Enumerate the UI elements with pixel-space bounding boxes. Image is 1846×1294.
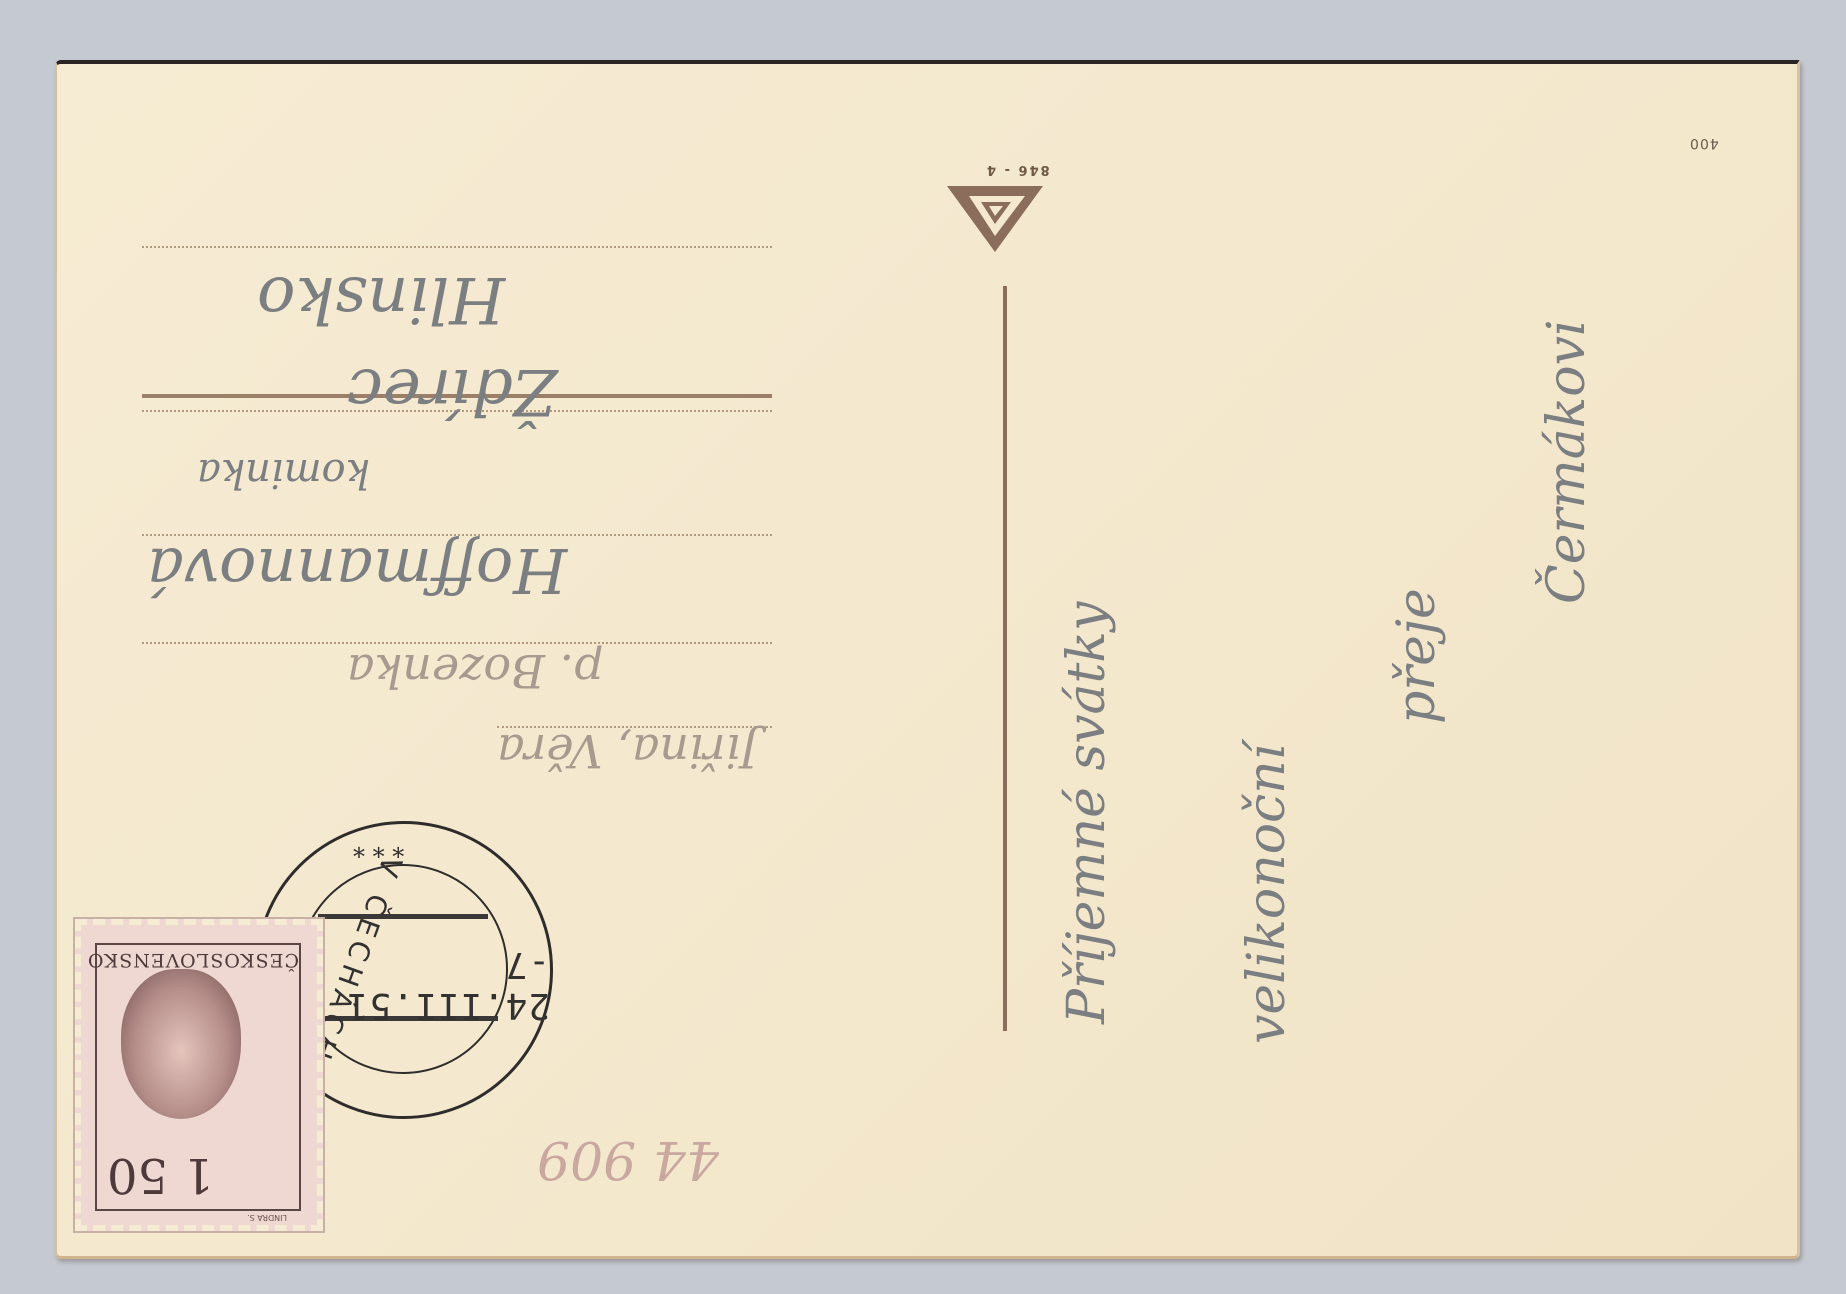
pencil-note: 44 909 <box>537 1129 719 1189</box>
stamp-printer: LINDRA S. <box>247 1213 287 1222</box>
triangle-monogram-icon <box>945 184 1045 254</box>
address-place: Ždírec <box>347 354 557 428</box>
postmark-bar <box>318 914 488 919</box>
address-addressee: p. Bozenka <box>347 644 604 698</box>
message-line-1: Příjemné svátky <box>1057 602 1117 1024</box>
message-signature: Čermákovi <box>1537 319 1597 604</box>
portrait-icon <box>121 969 241 1119</box>
stamp-frame: LINDRA S. 1 50 ČESKOSLOVENSKO <box>95 943 301 1211</box>
address-recipient: Jiřina, Věra <box>497 724 759 778</box>
address-name: Hoffmannová <box>147 534 567 607</box>
stamp-value: 1 50 <box>107 1147 214 1203</box>
postage-stamp: LINDRA S. 1 50 ČESKOSLOVENSKO <box>75 919 323 1231</box>
address-town: Hlinsko <box>257 262 505 336</box>
address-note: kominka <box>197 450 370 496</box>
postcard: 400 846 - 4 Hlinsko Ždírec kominka Hoffm… <box>55 60 1800 1259</box>
address-line <box>142 246 772 248</box>
stamp-country: ČESKOSLOVENSKO <box>97 949 299 971</box>
publisher-code: 846 - 4 <box>985 162 1050 177</box>
message-line-3: přeje <box>1387 588 1447 724</box>
message-line-2: velikonoční <box>1237 744 1297 1044</box>
center-divider <box>1003 286 1007 1031</box>
serial-number: 400 <box>1689 135 1719 151</box>
